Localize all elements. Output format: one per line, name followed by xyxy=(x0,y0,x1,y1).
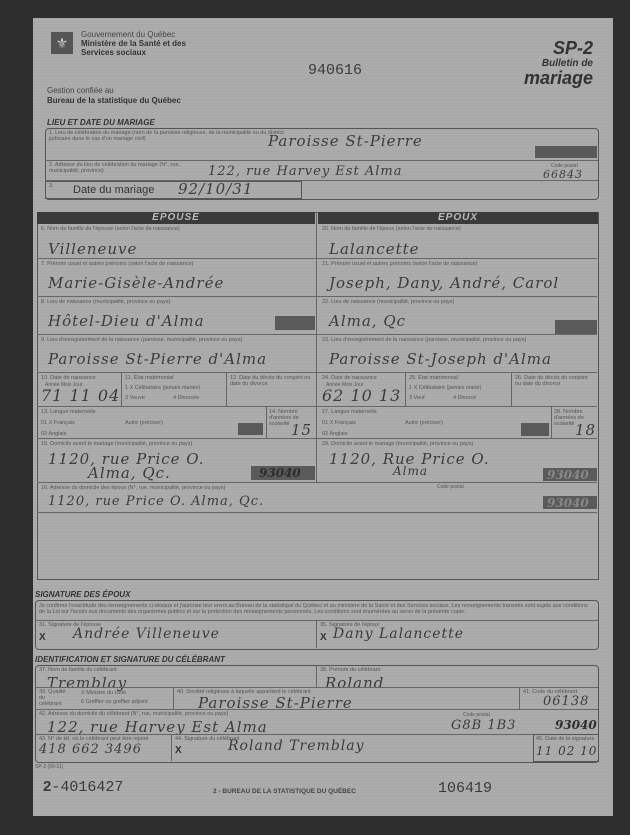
divider xyxy=(35,687,598,688)
field11-opt3[interactable]: 3 Veuve xyxy=(125,395,145,401)
field29-value-line2: Alma xyxy=(393,464,428,478)
epouse-header: EPOUSE xyxy=(37,212,315,224)
field1-label: 1. Lieu de célébration du mariage (nom d… xyxy=(49,130,289,142)
divider xyxy=(37,372,316,373)
divider xyxy=(316,665,317,687)
field44-signature[interactable]: Roland Tremblay xyxy=(228,738,365,754)
section-title-lieu: LIEU ET DATE DU MARIAGE xyxy=(47,118,155,127)
divider xyxy=(173,687,174,709)
field20-label: 20. Nom de famille de l'époux (selon l'a… xyxy=(322,226,461,232)
form-reference: SP-2 (90-11) xyxy=(35,764,63,770)
gov-line3: Services sociaux xyxy=(81,48,186,57)
divider xyxy=(37,258,316,259)
field11-opt4[interactable]: 4 Divorcée xyxy=(173,395,199,401)
field27-opt1[interactable]: 01 X Français xyxy=(322,420,356,426)
divider xyxy=(35,709,598,710)
divider xyxy=(171,734,172,761)
field23-value: Paroisse St-Joseph d'Alma xyxy=(329,350,552,368)
field38-value: Roland xyxy=(325,674,384,692)
field6-value: Villeneuve xyxy=(48,240,137,258)
field2-value: 122, rue Harvey Est Alma xyxy=(208,164,402,179)
form-title-line2: mariage xyxy=(524,69,593,87)
field21-value: Joseph, Dany, André, Carol xyxy=(329,274,559,292)
divider xyxy=(317,296,597,297)
divider xyxy=(37,512,597,513)
gestion-line1: Gestion confiée au xyxy=(47,86,114,95)
redaction-blot xyxy=(275,316,315,330)
field7-label: 7. Prénom usuel et autres prénoms (selon… xyxy=(41,261,193,267)
column-divider xyxy=(316,212,317,482)
field41-value: 06138 xyxy=(543,694,589,709)
gestion-line2: Bureau de la statistique du Québec xyxy=(47,96,181,106)
divider xyxy=(317,258,597,259)
divider xyxy=(519,687,520,709)
field20-value: Lalancette xyxy=(329,240,420,258)
field31-signature[interactable]: Andrée Villeneuve xyxy=(73,626,220,642)
field3-label: 3. xyxy=(49,183,54,189)
redaction-blot xyxy=(555,320,597,334)
section-title-signatures: SIGNATURE DES ÉPOUX xyxy=(35,590,130,599)
field27-label: 27. Langue maternelle xyxy=(322,409,377,415)
field25-opt1[interactable]: 1 X Célibataire (jamais marié) xyxy=(409,385,481,391)
declaration-text: Je confirme l'exactitude des renseigneme… xyxy=(39,603,594,615)
footer-right-number: 106419 xyxy=(438,780,492,797)
field44-mark: X xyxy=(175,745,182,756)
quebec-fleur-de-lis-logo: ⚜ xyxy=(51,32,73,54)
divider xyxy=(317,334,597,335)
field13-opt1[interactable]: 01 X Français xyxy=(41,420,75,426)
divider xyxy=(405,372,406,406)
field15-value-line2: Alma, Qc. xyxy=(88,464,171,482)
field39-opt2[interactable]: 6 Greffier ou greffier adjoint xyxy=(81,699,148,705)
field8-value: Hôtel-Dieu d'Alma xyxy=(48,312,205,330)
field16-value: 1120, rue Price O. Alma, Qc. xyxy=(48,494,264,509)
divider xyxy=(317,406,597,407)
divider xyxy=(266,406,267,438)
divider xyxy=(37,296,316,297)
gov-line1: Gouvernement du Québec xyxy=(81,30,175,39)
field14-value: 15 xyxy=(291,421,312,439)
field43-value: 418 662 3496 xyxy=(39,742,142,757)
field21-label: 21. Prénom usuel et autres prénoms (selo… xyxy=(322,261,477,267)
divider xyxy=(551,406,552,438)
divider xyxy=(35,734,598,735)
field39-label: 39. Qualité du célébrant xyxy=(39,689,69,707)
field45-value: 11 02 10 xyxy=(536,744,597,758)
field27-opt3[interactable]: Autre (préciser) xyxy=(405,420,443,426)
field23-label: 23. Lieu d'enregistrement de la naissanc… xyxy=(322,337,526,343)
field12-label: 12. Date du décès du conjoint ou date du… xyxy=(230,375,312,387)
field35-mark: X xyxy=(320,632,327,643)
field25-opt3[interactable]: 3 Veuf xyxy=(409,395,425,401)
form-title-block: SP-2 Bulletin de mariage xyxy=(524,38,593,87)
redaction-blot xyxy=(521,423,549,436)
footer-bureau: 2 - BUREAU DE LA STATISTIQUE DU QUÉBEC xyxy=(213,788,356,795)
field42-stamp: 93040 xyxy=(555,718,597,732)
field29-code: 93040 xyxy=(547,468,589,482)
divider xyxy=(121,372,122,406)
government-header: Gouvernement du Québec Ministère de la S… xyxy=(81,30,186,57)
date-value: 92/10/31 xyxy=(178,180,253,198)
field37-label: 37. Nom de famille du célébrant xyxy=(39,667,117,673)
field2-label: 2. Adresse du lieu de célébration du mar… xyxy=(49,162,199,174)
field9-value: Paroisse St-Pierre d'Alma xyxy=(48,350,267,368)
field9-label: 9. Lieu d'enregistrement de la naissance… xyxy=(41,337,242,343)
field28-value: 18 xyxy=(575,421,596,439)
field42-code: G8B 1B3 xyxy=(451,718,516,733)
divider xyxy=(226,372,227,406)
redaction-blot xyxy=(535,146,597,158)
field16-code-label: Code postal xyxy=(437,484,464,490)
field29-label: 29. Domicile avant le mariage (municipal… xyxy=(322,441,473,447)
field11-opt1[interactable]: 1 X Célibataire (jamais mariée) xyxy=(125,385,201,391)
divider xyxy=(316,620,317,648)
field8-label: 8. Lieu de naissance (municipalité, prov… xyxy=(41,299,170,305)
divider xyxy=(37,482,597,483)
field27-opt2[interactable]: 02 Anglais xyxy=(322,431,347,437)
field16-label: 16. Adresse du domicile des époux (N°, r… xyxy=(41,485,225,491)
date-label: Date du mariage xyxy=(73,184,154,196)
field7-value: Marie-Gisèle-Andrée xyxy=(48,274,224,292)
field10-label: 10. Date de naissance xyxy=(41,375,96,381)
field13-label: 13. Langue maternelle xyxy=(41,409,96,415)
marriage-certificate-form: ⚜ Gouvernement du Québec Ministère de la… xyxy=(33,18,613,816)
field38-label: 38. Prénom du célébrant xyxy=(320,667,380,673)
field45-label: 45. Date de la signature xyxy=(536,736,594,742)
field11-label: 11. État matrimonial xyxy=(125,375,174,381)
field13-opt3[interactable]: Autre (préciser) xyxy=(125,420,163,426)
field15-label: 15. Domicile avant le mariage (municipal… xyxy=(41,441,192,447)
field39-opt1[interactable]: X Ministre du culte xyxy=(81,690,126,696)
field1-value: Paroisse St-Pierre xyxy=(268,132,423,150)
field13-opt2[interactable]: 02 Anglais xyxy=(41,431,66,437)
form-code-num: 2 xyxy=(583,38,593,58)
gestion-block: Gestion confiée au Bureau de la statisti… xyxy=(47,86,181,106)
field10-value: 71 11 04 xyxy=(41,386,120,405)
field35-signature[interactable]: Dany Lalancette xyxy=(333,626,464,642)
serial-number: 940616 xyxy=(308,62,362,79)
field31-mark: X xyxy=(39,632,46,643)
field16-code: 93040 xyxy=(547,496,589,510)
field22-label: 22. Lieu de naissance (municipalité, pro… xyxy=(322,299,454,305)
divider xyxy=(45,160,598,161)
field24-label: 24. Date de naissance xyxy=(322,375,377,381)
footer-left-number: 2-4016427 xyxy=(43,778,123,796)
divider xyxy=(37,438,316,439)
redaction-blot xyxy=(238,423,263,435)
field42-label: 42. Adresse du domicile du célébrant (N°… xyxy=(39,711,228,717)
epoux-header: EPOUX xyxy=(318,212,598,224)
field24-value: 62 10 13 xyxy=(322,386,401,405)
form-code-prefix: SP- xyxy=(553,38,583,58)
field6-label: 6. Nom de famille de l'épouse (selon l'a… xyxy=(41,226,180,232)
field26-label: 26. Date du décès du conjoint ou date du… xyxy=(515,375,595,387)
divider xyxy=(37,406,316,407)
field25-opt4[interactable]: 4 Divorcé xyxy=(453,395,476,401)
divider xyxy=(37,334,316,335)
field15-code: 93040 xyxy=(259,466,301,480)
divider xyxy=(317,438,597,439)
field22-value: Alma, Qc xyxy=(329,312,406,330)
divider xyxy=(511,372,512,406)
divider xyxy=(317,372,597,373)
section-title-celebrant: IDENTIFICATION ET SIGNATURE DU CÉLÉBRANT xyxy=(35,655,225,664)
field25-label: 25. État matrimonial xyxy=(409,375,458,381)
footer-left-digits: -4016427 xyxy=(51,779,123,796)
gov-line2: Ministère de la Santé et des xyxy=(81,39,186,48)
